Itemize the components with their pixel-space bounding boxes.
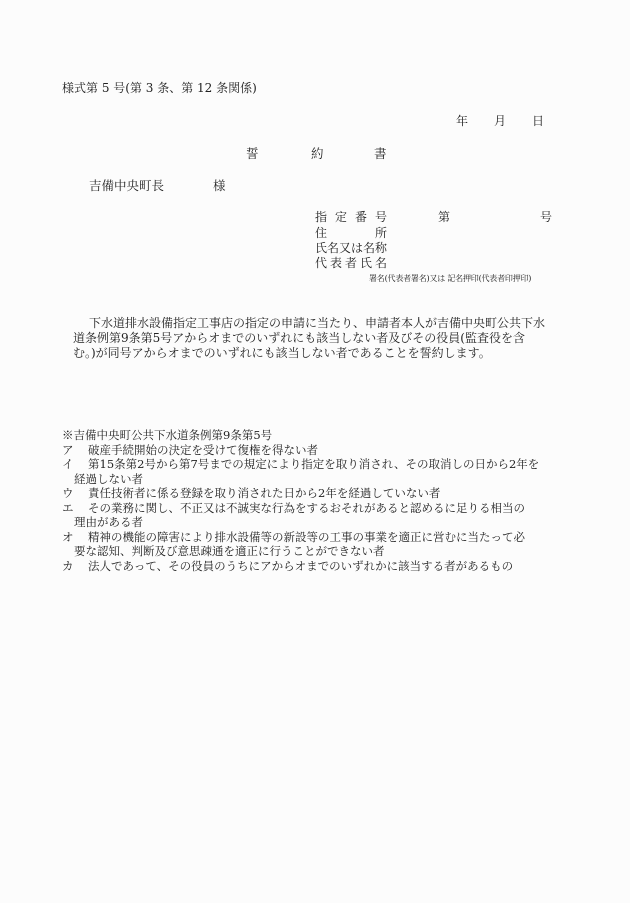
- date-year-label: 年: [456, 114, 468, 128]
- label-char: 指: [315, 210, 327, 224]
- note-line: 第15条第2号から第7号までの規定により指定を取り消され、その取消しの日から2年…: [62, 457, 582, 472]
- addressee-honorific: 様: [213, 179, 226, 193]
- title-char: 書: [374, 147, 387, 161]
- name-label: 氏名又は名称: [315, 241, 387, 255]
- label-char: 所: [375, 226, 387, 240]
- note-mark: エ: [62, 501, 74, 516]
- signature-note: 署名(代表者署名)又は 記名押印(代表者印押印): [369, 272, 531, 286]
- label-char: 定: [335, 210, 347, 224]
- addressee-name: 吉備中央町長: [89, 179, 164, 193]
- designation-number-label: 指 定 番 号: [315, 210, 387, 224]
- note-item-ka: カ 法人であって、その役員のうちにアからオまでのいずれかに該当する者があるもの: [62, 559, 582, 574]
- label-char: 代: [315, 256, 327, 270]
- designation-number-prefix: 第: [438, 210, 450, 224]
- note-item-e: エ その業務に関し、不正又は不誠実な行為をするおそれがあると認めるに足りる相当の…: [62, 501, 582, 530]
- note-mark: ア: [62, 443, 74, 458]
- pledge-line: 下水道排水設備指定工事店の指定の申請に当たり、申請者本人が吉備中央町公共下水: [73, 316, 573, 331]
- note-mark: オ: [62, 530, 74, 545]
- label-char: 号: [375, 210, 387, 224]
- title-char: 誓: [246, 147, 259, 161]
- note-item-o: オ 精神の機能の障害により排水設備等の新設等の工事の事業を適正に営むに当たって必…: [62, 530, 582, 559]
- note-line: 要な認知、判断及び意思疎通を適正に行うことができない者: [62, 544, 582, 559]
- label-char: 氏: [360, 256, 372, 270]
- title-char: 約: [311, 147, 324, 161]
- note-mark: カ: [62, 559, 74, 574]
- note-item-a: ア 破産手続開始の決定を受けて復権を得ない者: [62, 443, 582, 458]
- note-mark: ウ: [62, 486, 74, 501]
- designation-number-suffix: 号: [540, 210, 552, 224]
- note-mark: イ: [62, 457, 74, 472]
- date-month-label: 月: [494, 114, 506, 128]
- note-line: その業務に関し、不正又は不誠実な行為をするおそれがあると認めるに足りる相当の: [62, 501, 582, 516]
- label-char: 住: [315, 226, 327, 240]
- note-line: 精神の機能の障害により排水設備等の新設等の工事の事業を適正に営むに当たって必: [62, 530, 582, 545]
- representative-label: 代 表 者 氏 名: [315, 256, 387, 270]
- ordinance-notes: ※吉備中央町公共下水道条例第9条第5号 ア 破産手続開始の決定を受けて復権を得な…: [62, 428, 582, 573]
- date-day-label: 日: [532, 114, 544, 128]
- label-char: 表: [330, 256, 342, 270]
- note-item-i: イ 第15条第2号から第7号までの規定により指定を取り消され、その取消しの日から…: [62, 457, 582, 486]
- pledge-line: む。)が同号アからオまでのいずれにも該当しない者であることを誓約します。: [73, 346, 573, 361]
- label-char: 名: [375, 256, 387, 270]
- note-line: 責任技術者に係る登録を取り消された日から2年を経過していない者: [62, 486, 582, 501]
- note-line: 理由がある者: [62, 515, 582, 530]
- notes-heading: ※吉備中央町公共下水道条例第9条第5号: [62, 428, 582, 443]
- label-char: 番: [355, 210, 367, 224]
- pledge-line: 道条例第9条第5号アからオまでのいずれにも該当しない者及びその役員(監査役を含: [73, 331, 573, 346]
- note-line: 経過しない者: [62, 472, 582, 487]
- note-line: 破産手続開始の決定を受けて復権を得ない者: [62, 443, 582, 458]
- pledge-paragraph: 下水道排水設備指定工事店の指定の申請に当たり、申請者本人が吉備中央町公共下水 道…: [73, 316, 573, 361]
- label-char: 者: [345, 256, 357, 270]
- form-number: 様式第 5 号(第 3 条、第 12 条関係): [62, 81, 257, 95]
- note-item-u: ウ 責任技術者に係る登録を取り消された日から2年を経過していない者: [62, 486, 582, 501]
- address-label: 住 所: [315, 226, 387, 240]
- note-line: 法人であって、その役員のうちにアからオまでのいずれかに該当する者があるもの: [62, 559, 582, 574]
